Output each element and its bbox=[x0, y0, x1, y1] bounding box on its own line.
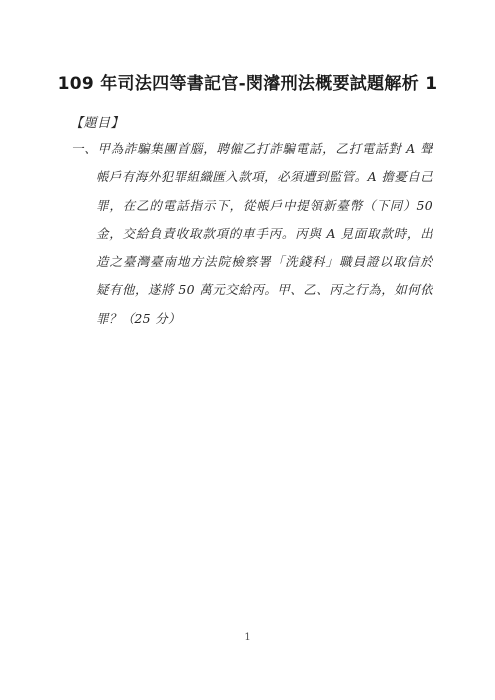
question-line: 金，交給負責收取款項的車手丙。丙與 A 見面取款時，出示一張偽 bbox=[71, 220, 433, 248]
page-number: 1 bbox=[0, 632, 495, 643]
question-line: 一、甲為詐騙集團首腦，聘僱乙打詐騙電話，乙打電話對 A 聲稱其銀行 bbox=[71, 135, 433, 163]
question-line: 罪，在乙的電話指示下，從帳戶中提領新臺幣（下同）50 萬元現 bbox=[71, 192, 433, 220]
section-label-question: 【題目】 bbox=[70, 110, 124, 138]
question-line: 帳戶有海外犯罪組織匯入款項，必須遭到監管。A 擔憂自己涉嫌犯 bbox=[71, 163, 433, 191]
question-line: 造之臺灣臺南地方法院檢察署「洗錢科」職員證以取信於 A，A 不 bbox=[71, 248, 433, 276]
question-line: 罪？（25 分） bbox=[71, 305, 433, 333]
document-page: 109 年司法四等書記官-閔濬刑法概要試題解析 1 【題目】 一、甲為詐騙集團首… bbox=[0, 0, 495, 700]
question-1: 一、甲為詐騙集團首腦，聘僱乙打詐騙電話，乙打電話對 A 聲稱其銀行 帳戶有海外犯… bbox=[71, 135, 433, 333]
document-title: 109 年司法四等書記官-閔濬刑法概要試題解析 1 bbox=[0, 71, 495, 97]
question-line: 疑有他，遂將 50 萬元交給丙。甲、乙、丙之行為，如何依刑法論 bbox=[71, 276, 433, 304]
